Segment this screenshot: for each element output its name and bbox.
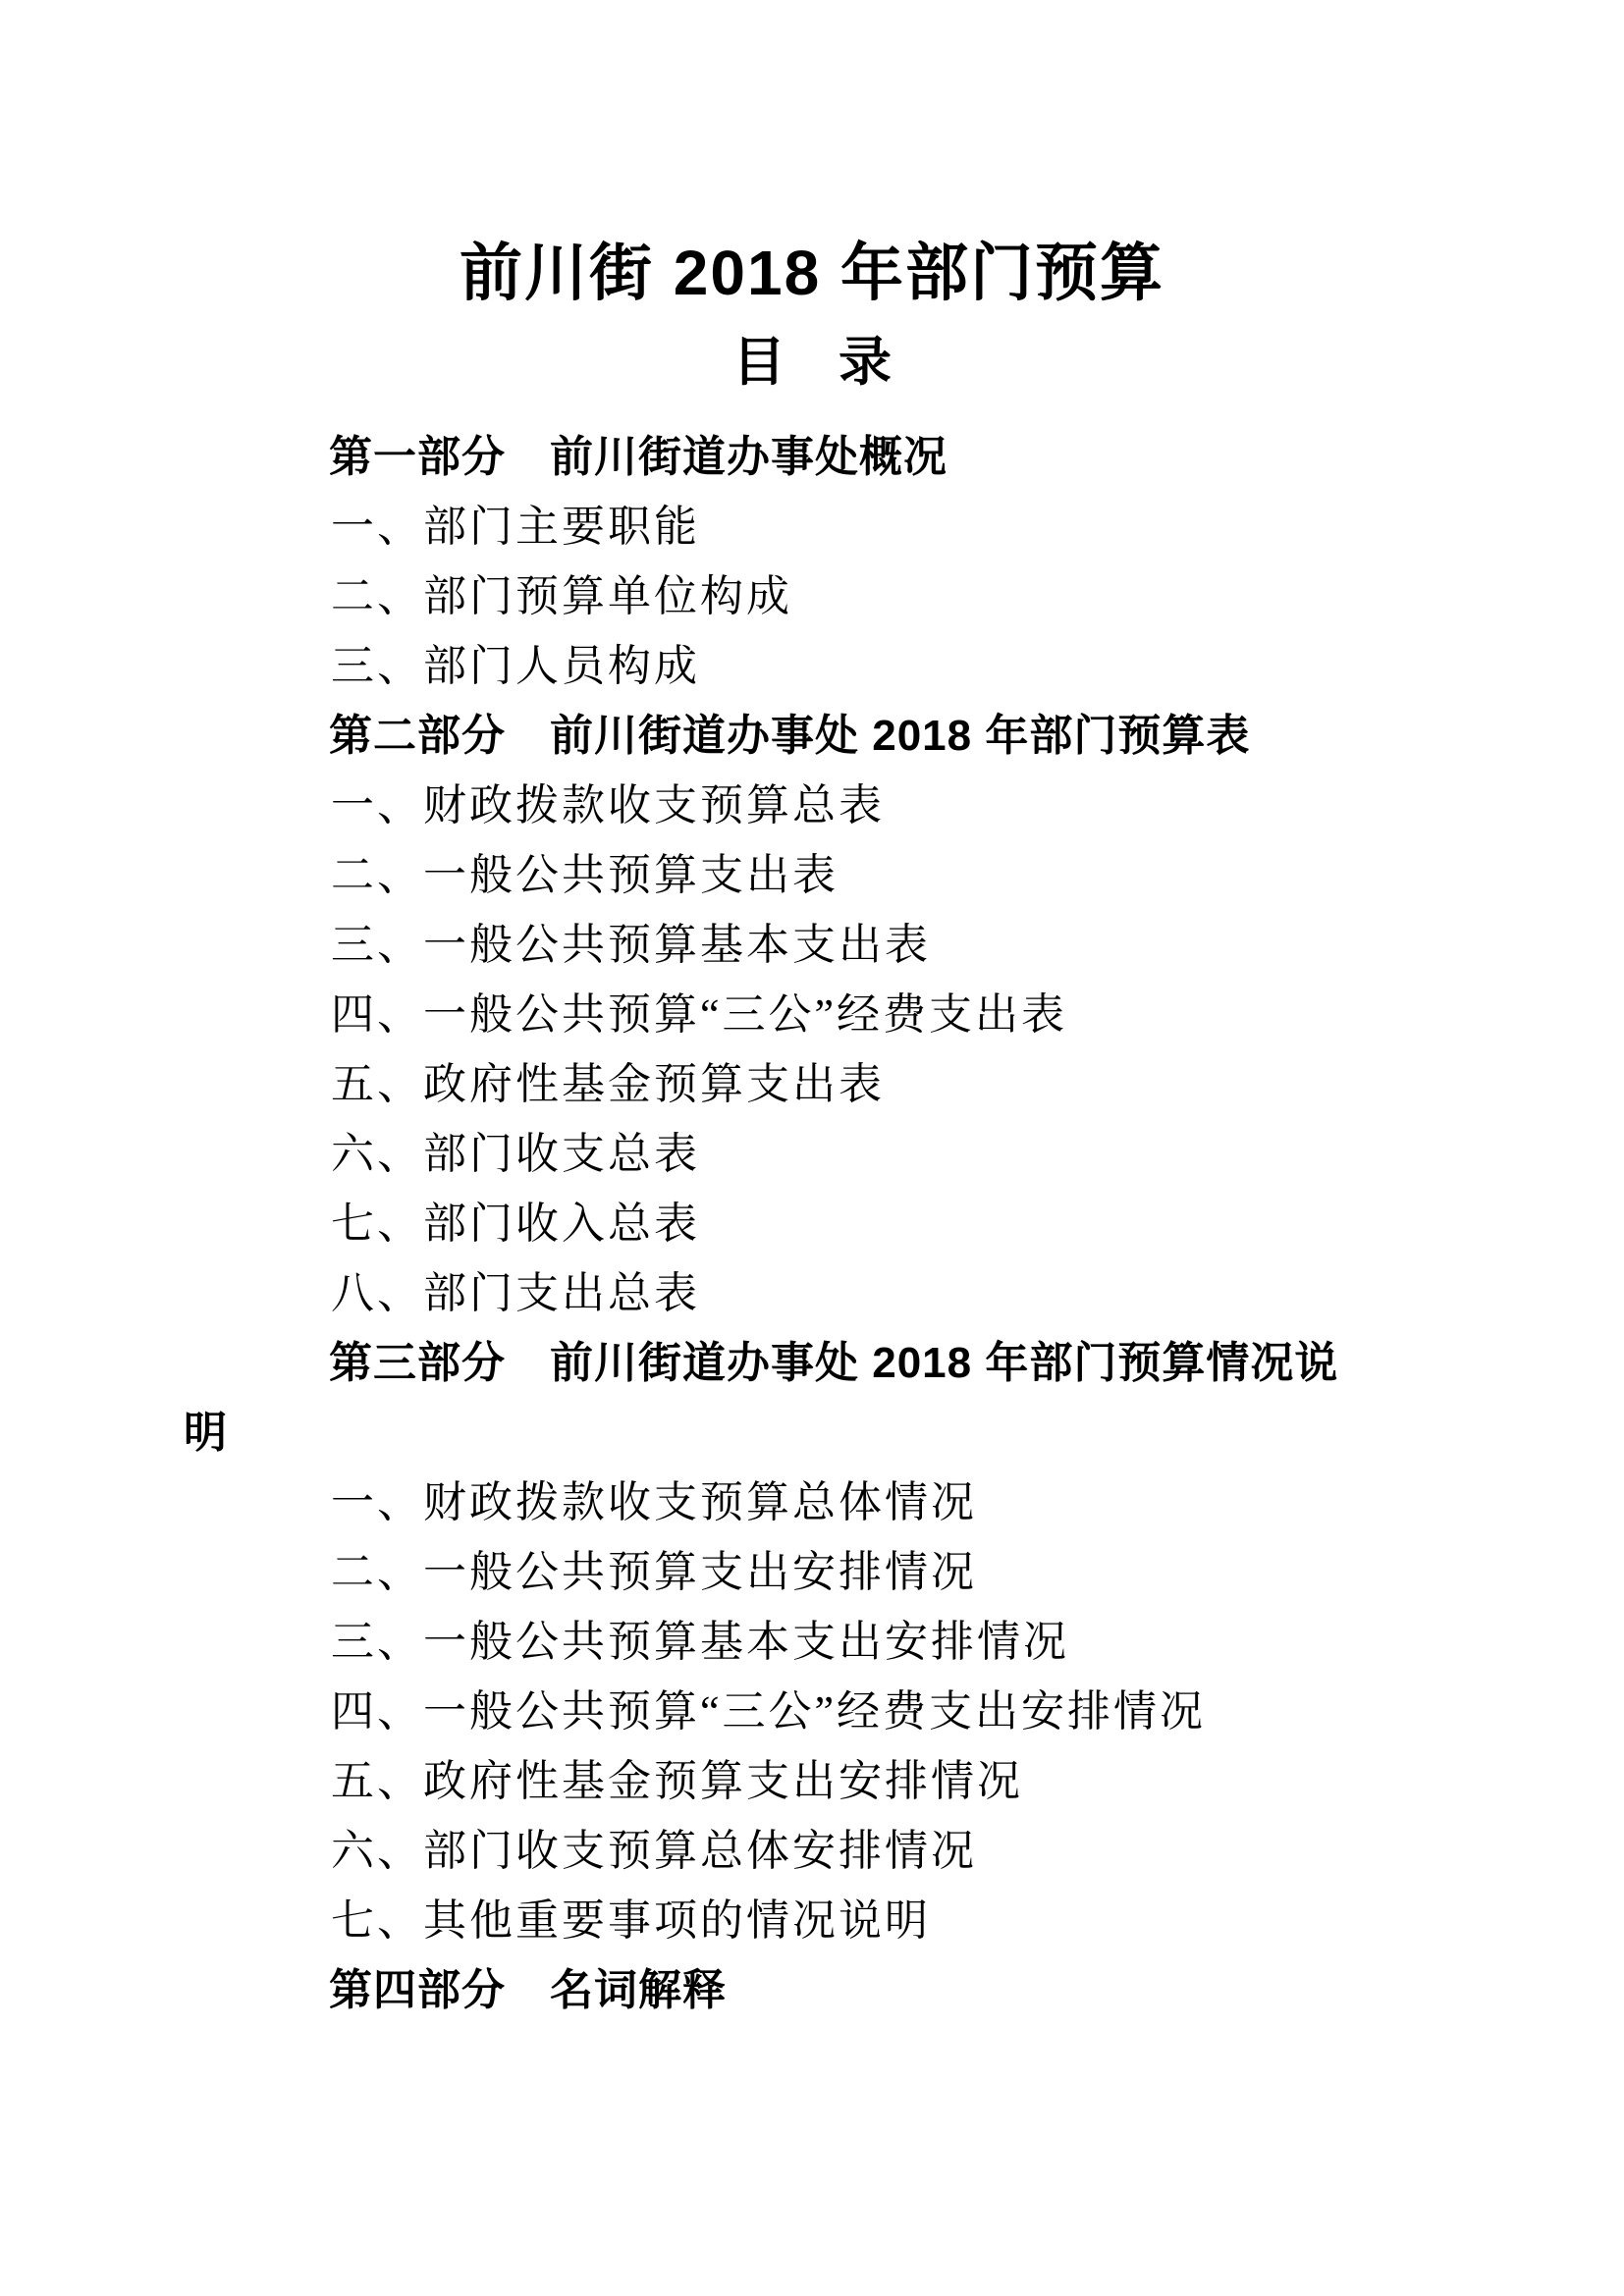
toc-item-3-6: 六、部门收支预算总体安排情况: [184, 1816, 1438, 1886]
toc-item-3-1: 一、财政拨款收支预算总体情况: [184, 1468, 1438, 1537]
toc-item-3-3: 三、一般公共预算基本支出安排情况: [184, 1607, 1438, 1677]
toc-item-3-4: 四、一般公共预算“三公”经费支出安排情况: [184, 1677, 1438, 1746]
toc-item-3-2: 二、一般公共预算支出安排情况: [184, 1537, 1438, 1607]
toc-item-2-5: 五、政府性基金预算支出表: [184, 1049, 1438, 1119]
section-1-heading: 第一部分 前川街道办事处概况: [184, 422, 1438, 492]
toc-item-2-4: 四、一般公共预算“三公”经费支出表: [184, 980, 1438, 1049]
document-title: 前川街 2018 年部门预算: [0, 234, 1624, 312]
toc-item-2-6: 六、部门收支总表: [184, 1119, 1438, 1189]
toc-item-2-1: 一、财政拨款收支预算总表: [184, 771, 1438, 840]
toc-item-1-3: 三、部门人员构成: [184, 631, 1438, 701]
toc-item-2-8: 八、部门支出总表: [184, 1258, 1438, 1328]
section-4-heading: 第四部分 名词解释: [184, 1955, 1438, 2025]
toc-item-3-5: 五、政府性基金预算支出安排情况: [184, 1746, 1438, 1816]
document-page: 前川街 2018 年部门预算 目 录 第一部分 前川街道办事处概况 一、部门主要…: [0, 0, 1624, 2296]
section-3-heading-line-2: 明: [184, 1398, 1438, 1468]
toc-item-2-2: 二、一般公共预算支出表: [184, 840, 1438, 910]
toc-item-1-2: 二、部门预算单位构成: [184, 561, 1438, 631]
section-3-heading-line-1: 第三部分 前川街道办事处 2018 年部门预算情况说: [184, 1328, 1438, 1398]
toc-item-2-3: 三、一般公共预算基本支出表: [184, 910, 1438, 980]
section-2-heading: 第二部分 前川街道办事处 2018 年部门预算表: [184, 701, 1438, 771]
toc-item-3-7: 七、其他重要事项的情况说明: [184, 1886, 1438, 1955]
toc-heading: 目 录: [0, 330, 1624, 395]
toc-item-1-1: 一、部门主要职能: [184, 492, 1438, 561]
toc-item-2-7: 七、部门收入总表: [184, 1189, 1438, 1258]
table-of-contents: 第一部分 前川街道办事处概况 一、部门主要职能 二、部门预算单位构成 三、部门人…: [184, 422, 1438, 2025]
